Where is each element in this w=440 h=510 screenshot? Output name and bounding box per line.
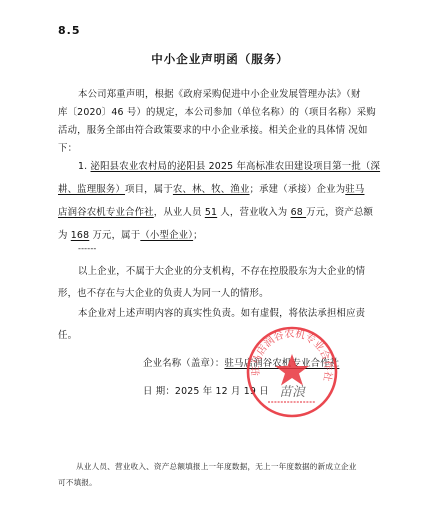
footnote-line-1: 从业人员、营业收入、资产总额填报上一年度数据，无上一年度数据的新成立企业 — [76, 461, 357, 472]
item1-line-2: 耕、监理服务）项目，属于农、林、牧、渔业；承建（承接）企业为驻马 — [58, 181, 364, 195]
section-number: 8.5 — [58, 24, 81, 37]
item-number: 1. — [78, 161, 91, 172]
text: ，从业人员 — [154, 207, 205, 218]
text: ； — [193, 230, 203, 241]
ellipsis: ------ — [78, 244, 97, 253]
text: 项目，属于 — [125, 184, 173, 195]
enterprise-size: （小型企业） — [140, 230, 193, 241]
intro-line-1: 本公司郑重声明，根据《政府采购促进中小企业发展管理办法》（财 — [78, 86, 361, 100]
buyer-project: 泌阳县农业农村局的泌阳县 2025 年高标准农田建设项目第一批（深 — [91, 161, 381, 172]
document-title: 中小企业声明函（服务） — [0, 51, 440, 67]
text: 万元，资产总额 — [306, 207, 373, 218]
intro-line-3: 活动，服务全部由符合政策要求的中小企业承接。相关企业的具体情 况如 — [58, 122, 368, 136]
company-name-b: 店润谷农机专业合作社 — [58, 207, 154, 218]
item1-line-4: 为 168 万元，属于（小型企业）； — [58, 227, 203, 241]
footnote-line-2: 可不填报。 — [58, 477, 97, 488]
para2-line-2: 形，也不存在与大企业的负责人为同一人的情形。 — [58, 285, 269, 299]
para2-line-1: 以上企业，不属于大企业的分支机构，不存在控股股东为大企业的情 — [78, 263, 365, 277]
intro-line-2: 库〔2020〕46 号）的规定，本公司参加（单位名称）的（项目名称）采购 — [58, 104, 376, 118]
intro-line-4: 下： — [58, 140, 77, 154]
buyer-project-cont: 耕、监理服务） — [58, 184, 125, 195]
item1-line-3: 店润谷农机专业合作社，从业人员 51 人，营业收入为 68 万元，资产总额 — [58, 204, 373, 218]
item1-line-1: 1. 泌阳县农业农村局的泌阳县 2025 年高标准农田建设项目第一批（深 — [78, 158, 380, 172]
para3-line-2: 任。 — [58, 327, 77, 341]
para3-line-1: 本企业对上述声明内容的真实性负责。如有虚假，将依法承担相应责 — [78, 305, 365, 319]
industry: 农、林、牧、渔业 — [173, 184, 250, 195]
text: 万元，属于 — [89, 230, 140, 241]
text: 人，营业收入为 — [217, 207, 290, 218]
date-label: 日 期： — [143, 386, 175, 397]
text: 为 — [58, 230, 71, 241]
svg-text:苗浪: 苗浪 — [279, 385, 306, 400]
company-name-label: 企业名称（盖章）： — [143, 358, 224, 369]
assets: 168 — [71, 230, 90, 241]
employees: 51 — [205, 207, 217, 218]
company-name-a: 驻马 — [345, 184, 364, 195]
company-seal-icon: 驻马店润谷农机专业合作社 苗浪 — [246, 326, 338, 418]
revenue: 68 — [291, 207, 307, 218]
text: ；承建（承接）企业为 — [250, 184, 346, 195]
